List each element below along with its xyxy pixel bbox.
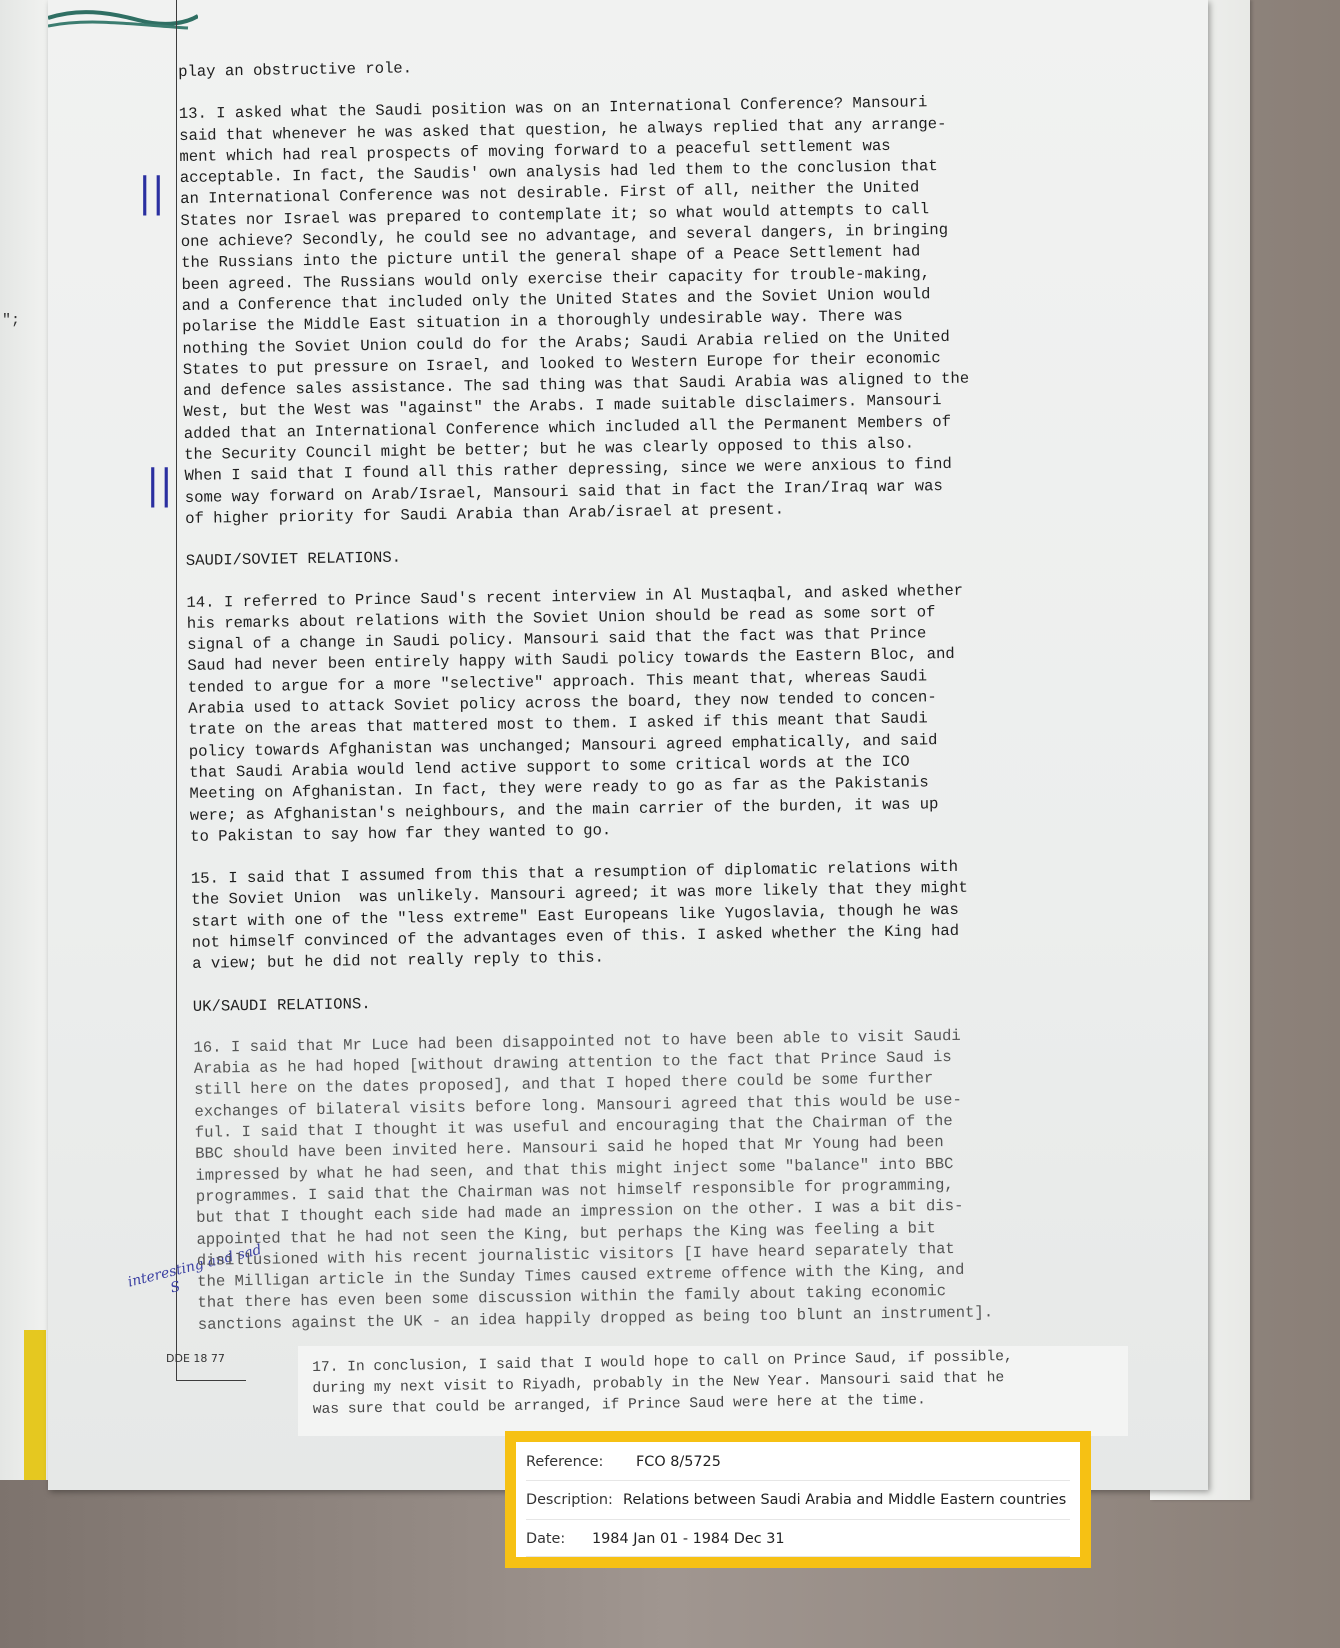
description-label: Description: [526,1492,623,1508]
paragraph-15: 15. I said that I assumed from this that… [191,855,1113,976]
confidential-header: CONFIDENTIAL [418,0,538,5]
date-row: Date: 1984 Jan 01 - 1984 Dec 31 [526,1521,1070,1557]
handwritten-initial: S [169,1279,182,1297]
underlying-sheet-left: "; [0,0,50,1480]
margin-rule [176,0,177,1380]
section-heading-saudi-soviet: SAUDI/SOVIET RELATIONS. [186,537,1106,573]
description-value: Relations between Saudi Arabia and Middl… [623,1492,1066,1508]
row-divider [526,1556,1070,1557]
reference-row: Reference: FCO 8/5725 [526,1444,1070,1480]
side-fragment-text: "; [2,312,20,329]
reference-value: FCO 8/5725 [636,1454,721,1470]
margin-rule-bottom [176,1380,246,1381]
margin-mark-2: || [146,462,173,508]
yellow-tab [24,1330,46,1480]
date-value: 1984 Jan 01 - 1984 Dec 31 [592,1531,785,1547]
margin-mark-1: || [138,170,165,216]
description-row: Description: Relations between Saudi Ara… [526,1482,1070,1518]
catalogue-info-box: Reference: FCO 8/5725 Description: Relat… [505,1431,1091,1568]
paragraph-13: 13. I asked what the Saudi position was … [179,90,1106,530]
document-body: play an obstructive role. 13. I asked wh… [178,48,1118,1357]
paragraph-17: 17. In conclusion, I said that I would h… [312,1347,1014,1421]
row-divider [526,1519,1070,1520]
date-label: Date: [526,1531,592,1547]
section-heading-uk-saudi: UK/SAUDI RELATIONS. [193,982,1113,1018]
reference-label: Reference: [526,1454,636,1470]
paragraph-16: 16. I said that Mr Luce had been disappo… [193,1023,1118,1336]
row-divider [526,1480,1070,1481]
paragraph-14: 14. I referred to Prince Saud's recent i… [186,578,1110,848]
